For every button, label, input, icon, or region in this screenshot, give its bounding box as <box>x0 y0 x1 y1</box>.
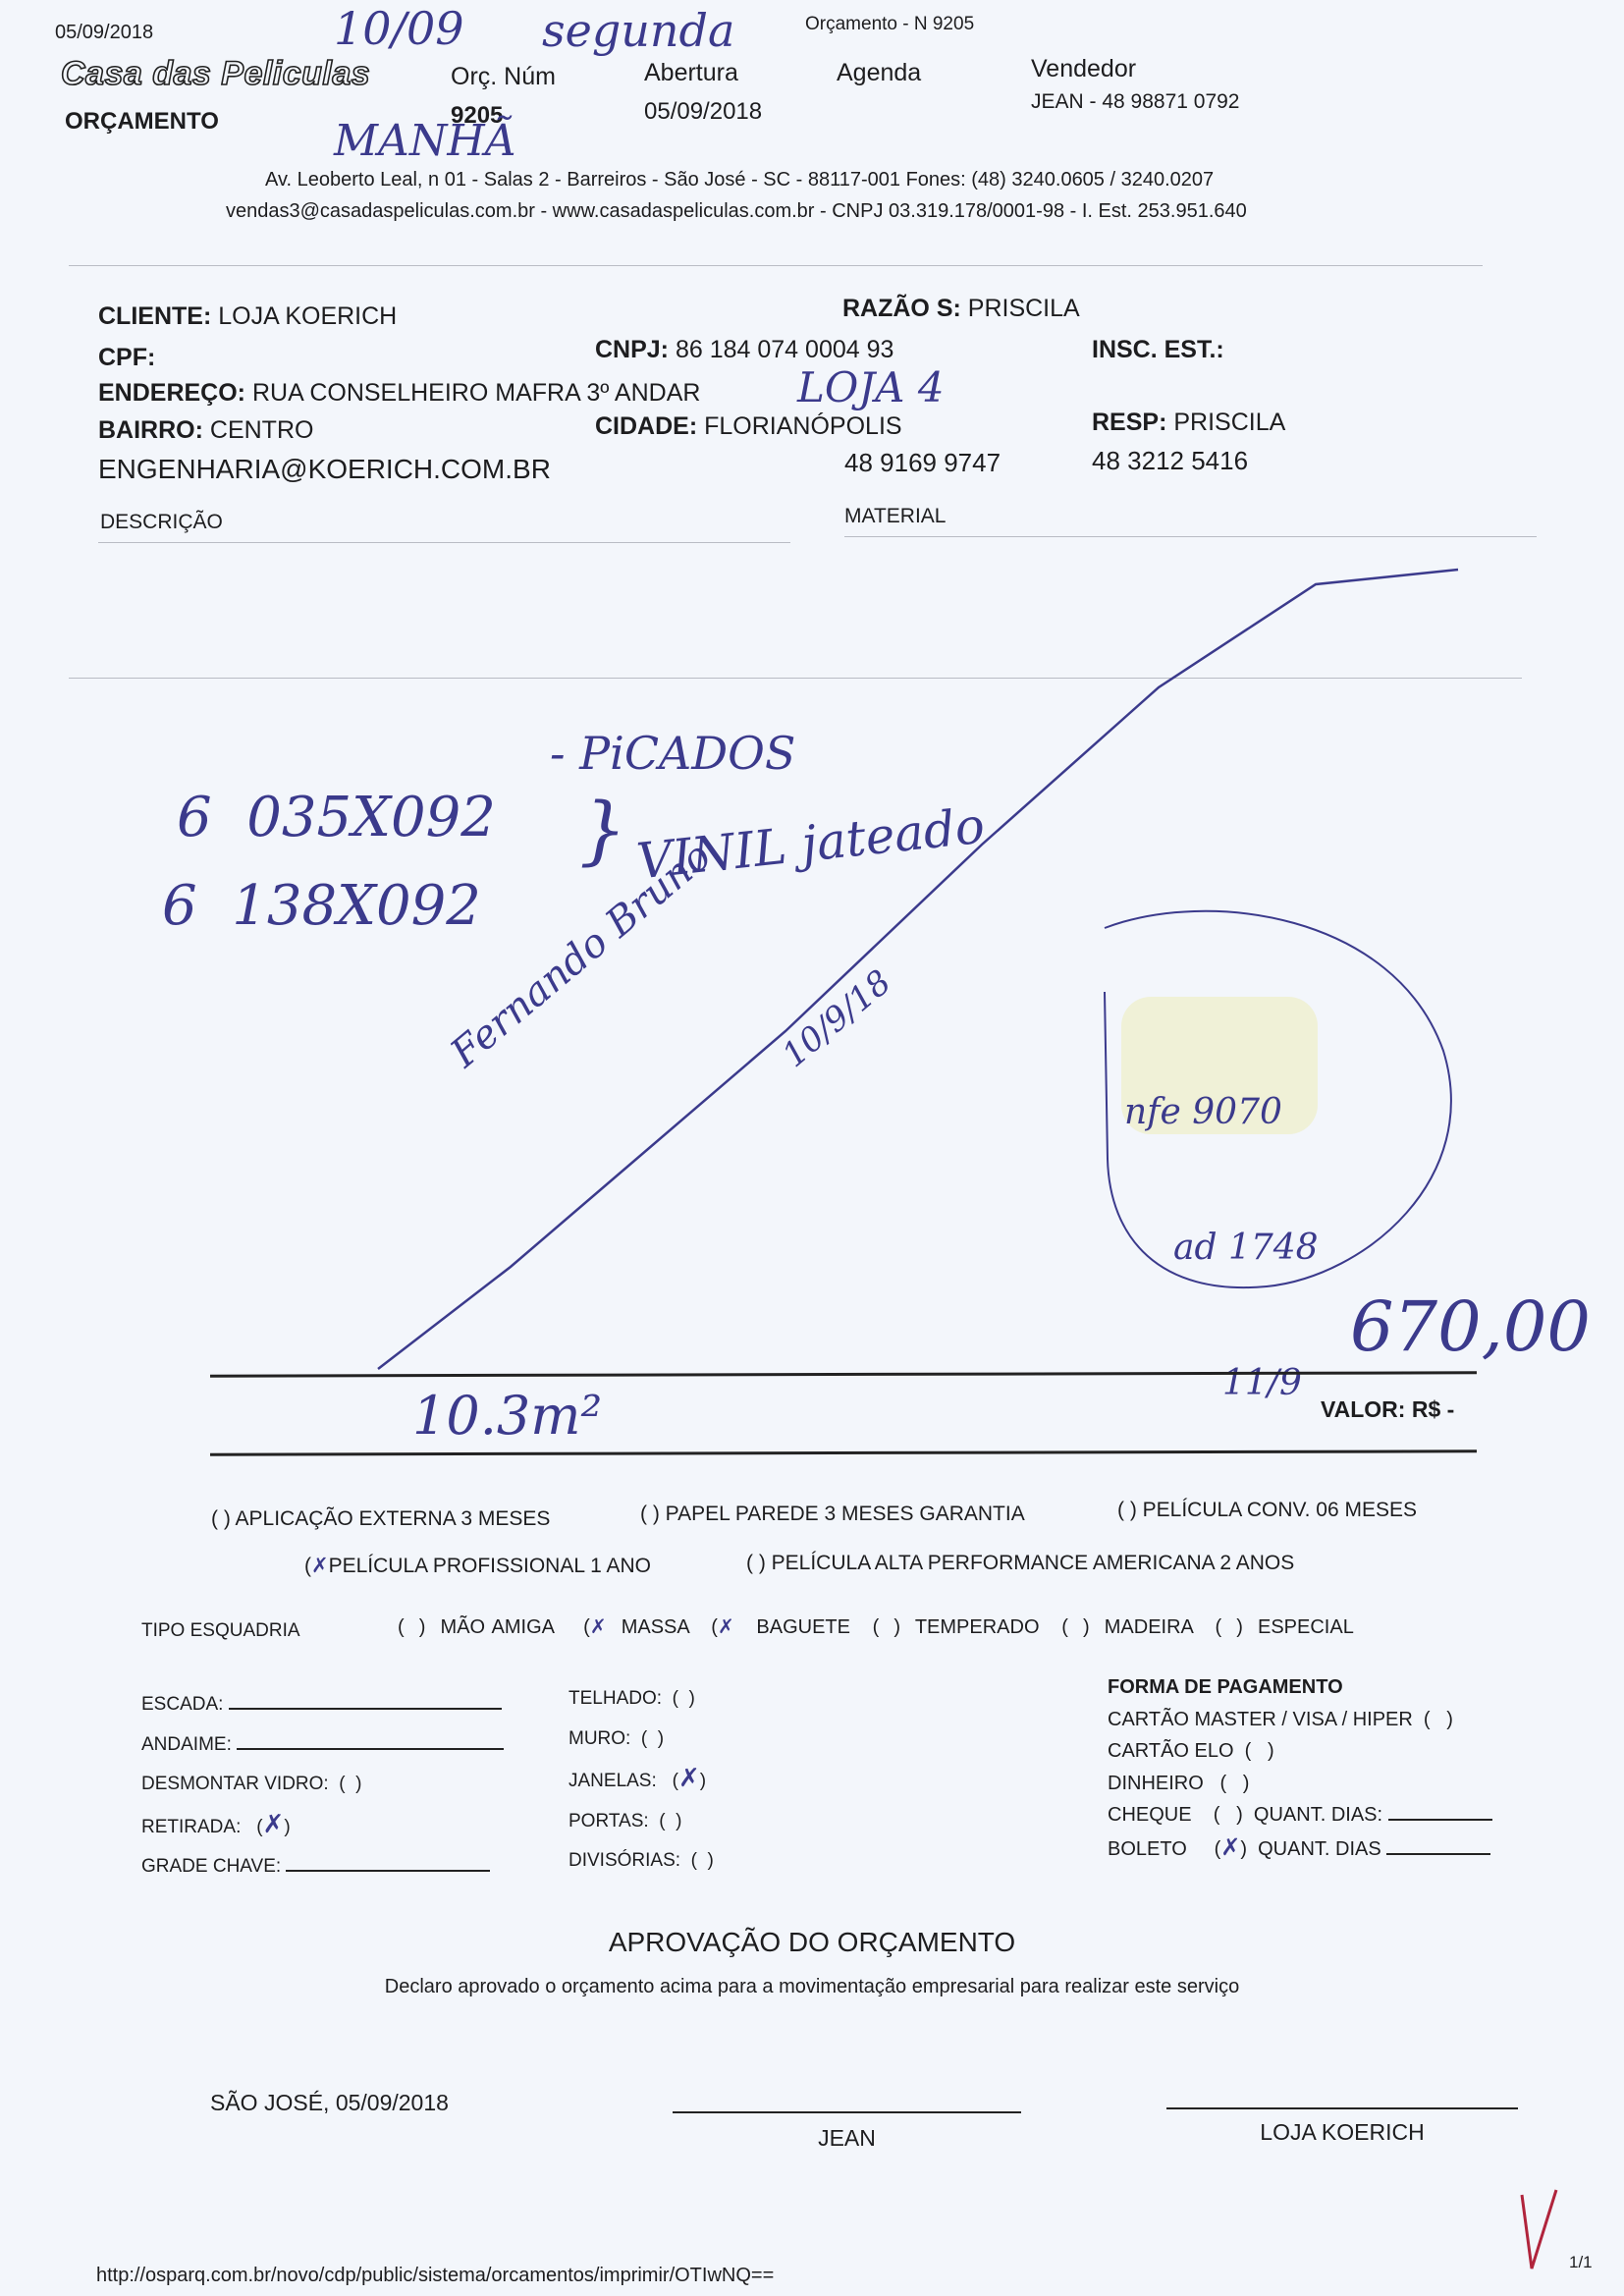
quant-dias-label: QUANT. DIAS: <box>1254 1804 1382 1826</box>
item-size: 035X092 <box>246 786 496 849</box>
document-type-title: ORÇAMENTO <box>65 108 219 136</box>
option-label: PELÍCULA CONV. 06 MESES <box>1143 1499 1417 1521</box>
option-label: MASSA <box>622 1616 689 1638</box>
item-qty: 6 <box>162 874 197 938</box>
payment-option-checked[interactable]: BOLETO (✗) QUANT. DIAS <box>1108 1831 1492 1866</box>
invoice-number: nfe 9070 <box>1124 1090 1319 1135</box>
cnpj-label: CNPJ: <box>595 336 669 363</box>
warranty-option[interactable]: ( ) PAPEL PAREDE 3 MESES GARANTIA <box>640 1503 1025 1526</box>
razao-field: RAZÃO S: PRISCILA <box>842 295 1080 323</box>
blank-field[interactable] <box>1386 1852 1490 1855</box>
orc-num-label: Orç. Núm <box>451 63 556 91</box>
payment-option[interactable]: DINHEIRO ( ) <box>1108 1768 1492 1800</box>
option-label: TEMPERADO <box>915 1616 1040 1638</box>
payment-option[interactable]: CARTÃO MASTER / VISA / HIPER ( ) <box>1108 1704 1492 1736</box>
signature-line-1[interactable] <box>673 2111 1021 2113</box>
handwritten-store-note: LOJA 4 <box>797 363 945 411</box>
items-divider <box>69 678 1522 679</box>
payment-section: FORMA DE PAGAMENTO CARTÃO MASTER / VISA … <box>1108 1671 1492 1865</box>
extra-label: ESCADA: <box>141 1694 223 1715</box>
company-address: Av. Leoberto Leal, n 01 - Salas 2 - Barr… <box>265 169 1214 191</box>
signer-1: JEAN <box>673 2125 1021 2152</box>
material-underline <box>844 536 1537 537</box>
resp-field: RESP: PRISCILA <box>1092 409 1285 437</box>
extras-middle-column: TELHADO: ( ) MURO: ( ) JANELAS: (✗) PORT… <box>568 1679 714 1882</box>
signer-2: LOJA KOERICH <box>1166 2119 1518 2146</box>
check-mark-icon: ✗ <box>678 1764 700 1793</box>
item-row-2: 6 138X092 <box>162 874 481 938</box>
footer-url[interactable]: http://osparq.com.br/novo/cdp/public/sis… <box>96 2265 774 2287</box>
razao-value: PRISCILA <box>968 295 1080 322</box>
page-number: 1/1 <box>1569 2253 1593 2272</box>
descricao-label: DESCRIÇÃO <box>100 511 223 534</box>
signature-date: 10/9/18 <box>775 962 898 1075</box>
abertura-label: Abertura <box>644 59 738 87</box>
extra-label: DIVISÓRIAS: <box>568 1850 680 1871</box>
extra-grade-chave[interactable]: GRADE CHAVE: <box>141 1847 504 1887</box>
blank-field[interactable] <box>1388 1818 1492 1821</box>
option-label: ESPECIAL <box>1258 1616 1354 1638</box>
payment-title: FORMA DE PAGAMENTO <box>1108 1671 1492 1704</box>
option-label: MADEIRA <box>1105 1616 1193 1638</box>
option-label: BAGUETE <box>756 1616 850 1638</box>
option-label: PELÍCULA PROFISSIONAL 1 ANO <box>329 1555 651 1577</box>
cnpj-field: CNPJ: 86 184 074 0004 93 <box>595 336 893 364</box>
extra-desmontar-vidro[interactable]: DESMONTAR VIDRO: ( ) <box>141 1765 504 1805</box>
extras-left-column: ESCADA: ANDAIME: DESMONTAR VIDRO: ( ) RE… <box>141 1685 504 1887</box>
handwritten-area: 10.3m² <box>412 1385 602 1447</box>
resp-label: RESP: <box>1092 409 1166 436</box>
bracket-glyph: } <box>579 786 626 873</box>
esquadria-option-checked[interactable]: (✗ MASSA <box>583 1616 688 1638</box>
extra-label: PORTAS: <box>568 1811 649 1831</box>
extra-label: TELHADO: <box>568 1688 662 1709</box>
document-reference: Orçamento - N 9205 <box>805 14 974 35</box>
handwritten-schedule-date: 10/09 <box>334 2 464 55</box>
razao-label: RAZÃO S: <box>842 295 961 322</box>
payment-option[interactable]: CARTÃO ELO ( ) <box>1108 1735 1492 1768</box>
item-note: - PiCADOS <box>550 727 795 780</box>
approval-title: APROVAÇÃO DO ORÇAMENTO <box>0 1927 1624 1958</box>
cnpj-value: 86 184 074 0004 93 <box>676 336 893 363</box>
esquadria-option[interactable]: ( ) MADEIRA <box>1061 1616 1193 1638</box>
payment-label: CARTÃO ELO <box>1108 1740 1234 1762</box>
warranty-option-checked[interactable]: (✗PELÍCULA PROFISSIONAL 1 ANO <box>304 1554 651 1578</box>
cidade-field: CIDADE: FLORIANÓPOLIS <box>595 412 902 441</box>
extra-retirada-checked[interactable]: RETIRADA: (✗) <box>141 1805 504 1848</box>
extra-portas[interactable]: PORTAS: ( ) <box>568 1802 714 1842</box>
ad-number: ad 1748 <box>1124 1226 1319 1271</box>
payment-label: CARTÃO MASTER / VISA / HIPER <box>1108 1709 1413 1730</box>
bairro-label: BAIRRO: <box>98 416 203 444</box>
approval-statement: Declaro aprovado o orçamento acima para … <box>0 1976 1624 1998</box>
endereco-field: ENDEREÇO: RUA CONSELHEIRO MAFRA 3º ANDAR <box>98 379 700 408</box>
extra-label: JANELAS: <box>568 1771 657 1791</box>
cidade-value: FLORIANÓPOLIS <box>704 412 901 440</box>
cliente-value: LOJA KOERICH <box>218 302 397 330</box>
descricao-underline <box>98 542 790 543</box>
esquadria-option[interactable]: ( ) MÃO AMIGA <box>398 1616 554 1638</box>
extra-label: MURO: <box>568 1728 630 1749</box>
esquadria-option[interactable]: ( ) ESPECIAL <box>1215 1616 1353 1638</box>
option-label: PAPEL PAREDE 3 MESES GARANTIA <box>666 1503 1025 1525</box>
company-logo: Casa das Peliculas <box>61 55 370 93</box>
print-date: 05/09/2018 <box>55 22 153 44</box>
payment-option[interactable]: CHEQUE ( ) QUANT. DIAS: <box>1108 1799 1492 1831</box>
extra-label: RETIRADA: <box>141 1817 241 1837</box>
handwritten-period: MANHÃ <box>334 116 515 166</box>
check-mark-icon: ✗ <box>718 1614 734 1638</box>
place-date: SÃO JOSÉ, 05/09/2018 <box>210 2090 449 2116</box>
option-label: PELÍCULA ALTA PERFORMANCE AMERICANA 2 AN… <box>772 1552 1295 1574</box>
blank-field[interactable] <box>237 1747 504 1750</box>
handwritten-total-value: 670,00 <box>1350 1286 1591 1367</box>
signature-line-2[interactable] <box>1166 2107 1518 2109</box>
abertura-value: 05/09/2018 <box>644 98 762 126</box>
extra-muro[interactable]: MURO: ( ) <box>568 1720 714 1760</box>
extra-telhado[interactable]: TELHADO: ( ) <box>568 1679 714 1720</box>
cliente-field: CLIENTE: LOJA KOERICH <box>98 302 397 331</box>
handwritten-weekday: segunda <box>542 4 734 57</box>
blank-field[interactable] <box>229 1707 502 1710</box>
warranty-option[interactable]: ( ) PELÍCULA CONV. 06 MESES <box>1117 1499 1417 1522</box>
bairro-field: BAIRRO: CENTRO <box>98 416 313 445</box>
agenda-label: Agenda <box>837 59 921 87</box>
insc-est-label: INSC. EST.: <box>1092 336 1224 364</box>
client-phone-2: 48 3212 5416 <box>1092 446 1248 476</box>
client-email: ENGENHARIA@KOERICH.COM.BR <box>98 454 551 485</box>
extra-escada[interactable]: ESCADA: <box>141 1685 504 1725</box>
extra-divisorias[interactable]: DIVISÓRIAS: ( ) <box>568 1841 714 1882</box>
bairro-value: CENTRO <box>210 416 314 444</box>
client-phone-1: 48 9169 9747 <box>844 448 1001 478</box>
item-qty: 6 <box>177 786 212 849</box>
cpf-label: CPF: <box>98 344 155 372</box>
endereco-value: RUA CONSELHEIRO MAFRA 3º ANDAR <box>252 379 700 407</box>
tipo-esquadria-options: ( ) MÃO AMIGA (✗ MASSA (✗ BAGUETE ( ) TE… <box>398 1614 1354 1639</box>
item-row-1: 6 035X092 <box>177 786 496 849</box>
vendedor-value: JEAN - 48 98871 0792 <box>1031 90 1239 114</box>
resp-value: PRISCILA <box>1173 409 1285 436</box>
check-mark-icon: ✗ <box>590 1614 607 1638</box>
extra-andaime[interactable]: ANDAIME: <box>141 1725 504 1766</box>
material-label: MATERIAL <box>844 505 946 528</box>
check-mark-icon: ✗ <box>263 1810 285 1839</box>
payment-label: DINHEIRO <box>1108 1773 1204 1794</box>
extra-label: ANDAIME: <box>141 1734 232 1755</box>
endereco-label: ENDEREÇO: <box>98 379 245 407</box>
quant-dias-label: QUANT. DIAS <box>1258 1838 1381 1860</box>
cliente-label: CLIENTE: <box>98 302 211 330</box>
circled-invoice-note: nfe 9070 ad 1748 11/9 <box>1124 1000 1319 1451</box>
company-contact: vendas3@casadaspeliculas.com.br - www.ca… <box>226 200 1247 223</box>
extra-label: GRADE CHAVE: <box>141 1856 281 1877</box>
esquadria-option-checked[interactable]: (✗ BAGUETE <box>711 1616 850 1638</box>
total-bottom-rule <box>210 1449 1477 1455</box>
header-divider <box>69 265 1483 266</box>
check-mark-icon: ✗ <box>1220 1833 1240 1861</box>
esquadria-option[interactable]: ( ) TEMPERADO <box>873 1616 1040 1638</box>
valor-label: VALOR: R$ - <box>1321 1396 1454 1423</box>
delivery-date: 11/9 <box>1124 1361 1319 1406</box>
warranty-option[interactable]: ( ) PELÍCULA ALTA PERFORMANCE AMERICANA … <box>746 1552 1294 1575</box>
option-label: APLICAÇÃO EXTERNA 3 MESES <box>236 1507 551 1530</box>
check-mark-icon: ✗ <box>311 1554 329 1577</box>
vendedor-label: Vendedor <box>1031 55 1136 83</box>
option-label: MÃO AMIGA <box>441 1616 554 1638</box>
payment-label: BOLETO <box>1108 1838 1187 1860</box>
item-size: 138X092 <box>232 874 481 938</box>
extra-label: DESMONTAR VIDRO: <box>141 1774 329 1794</box>
extra-janelas-checked[interactable]: JANELAS: (✗) <box>568 1759 714 1802</box>
warranty-option[interactable]: ( ) APLICAÇÃO EXTERNA 3 MESES <box>211 1506 550 1531</box>
tipo-esquadria-label: TIPO ESQUADRIA <box>141 1620 300 1642</box>
blank-field[interactable] <box>286 1869 490 1872</box>
payment-label: CHEQUE <box>1108 1804 1192 1826</box>
cidade-label: CIDADE: <box>595 412 697 440</box>
